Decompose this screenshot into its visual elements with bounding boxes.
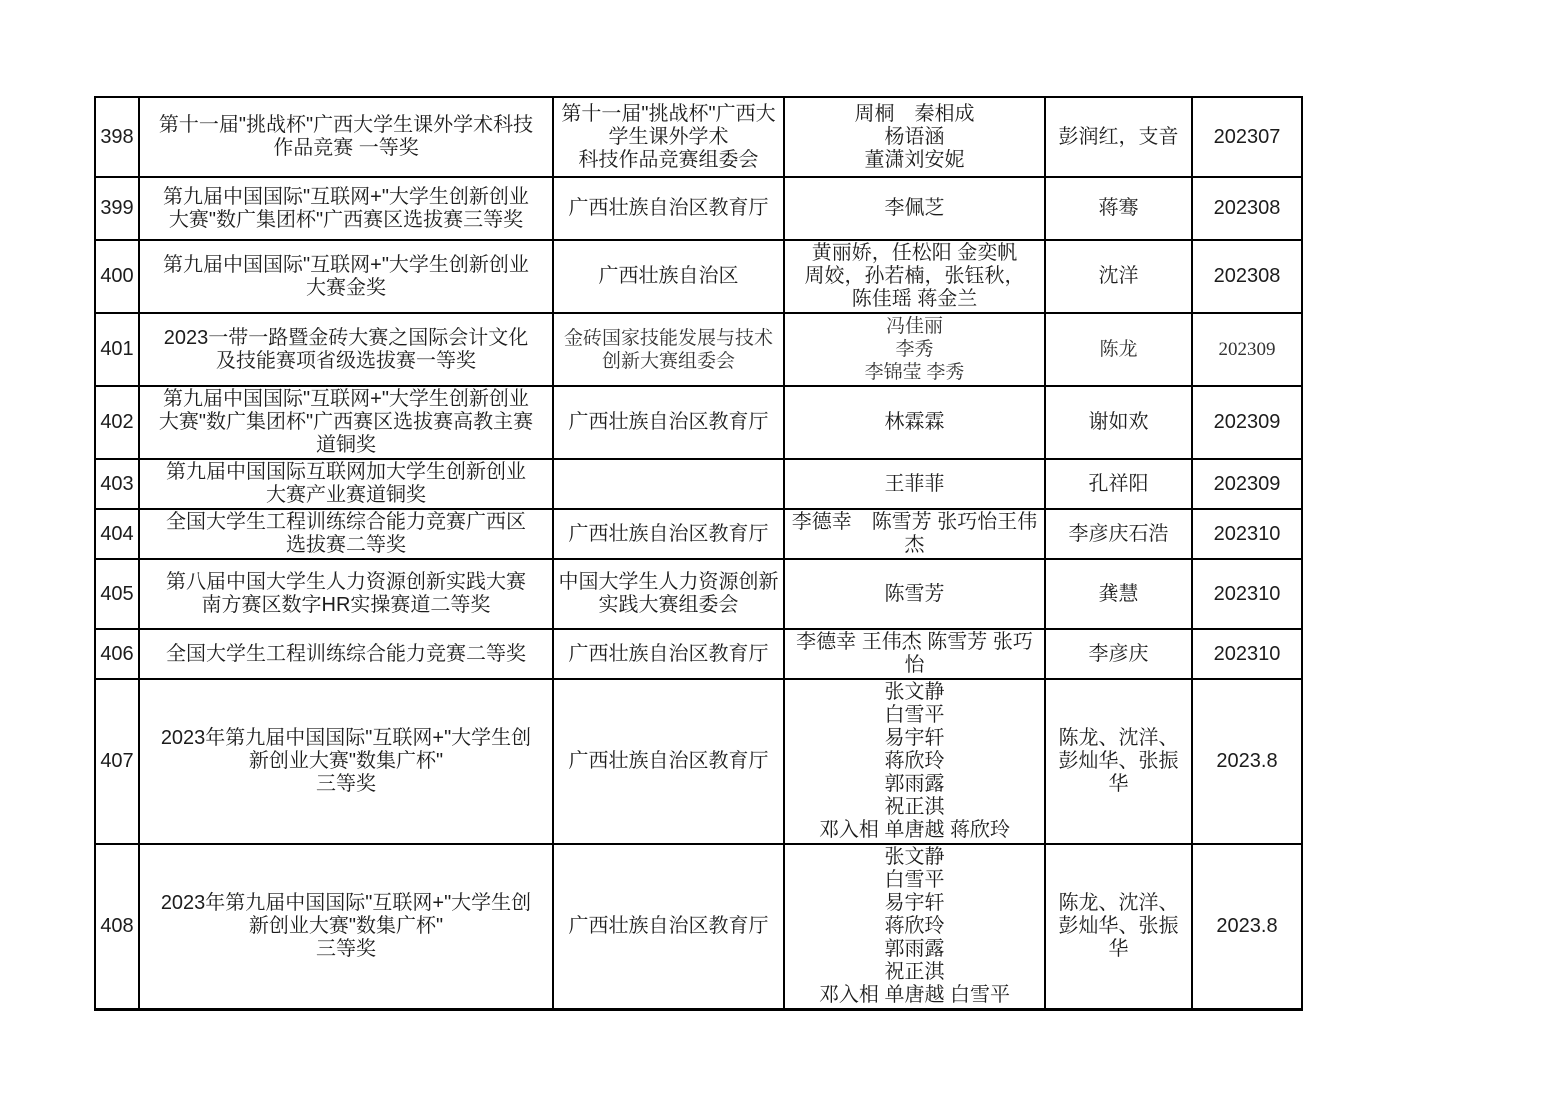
cell-row-number: 401 <box>95 313 139 386</box>
cell-student-names: 李德幸 陈雪芳 张巧怡王伟杰 <box>784 509 1045 559</box>
cell-teacher-names: 孔祥阳 <box>1045 459 1192 509</box>
cell-teacher-names: 沈洋 <box>1045 240 1192 313</box>
table-row: 403第九届中国国际互联网加大学生创新创业 大赛产业赛道铜奖王菲菲孔祥阳2023… <box>95 459 1302 509</box>
cell-award-name: 第八届中国大学生人力资源创新实践大赛 南方赛区数字HR实操赛道二等奖 <box>139 559 553 629</box>
cell-row-number: 408 <box>95 844 139 1010</box>
cell-award-date: 202308 <box>1192 177 1302 240</box>
cell-awarding-org: 广西壮族自治区 <box>553 240 784 313</box>
table-row: 4012023一带一路暨金砖大赛之国际会计文化 及技能赛项省级选拔赛一等奖金砖国… <box>95 313 1302 386</box>
cell-row-number: 402 <box>95 386 139 459</box>
table-row: 405第八届中国大学生人力资源创新实践大赛 南方赛区数字HR实操赛道二等奖中国大… <box>95 559 1302 629</box>
cell-student-names: 王菲菲 <box>784 459 1045 509</box>
cell-award-name: 第十一届"挑战杯"广西大学生课外学术科技 作品竞赛 一等奖 <box>139 97 553 177</box>
cell-award-date: 202308 <box>1192 240 1302 313</box>
cell-awarding-org: 广西壮族自治区教育厅 <box>553 679 784 844</box>
cell-award-name: 第九届中国国际"互联网+"大学生创新创业 大赛金奖 <box>139 240 553 313</box>
cell-row-number: 404 <box>95 509 139 559</box>
cell-award-name: 2023一带一路暨金砖大赛之国际会计文化 及技能赛项省级选拔赛一等奖 <box>139 313 553 386</box>
cell-student-names: 张文静 白雪平 易宇轩 蒋欣玲 郭雨露 祝正淇 邓入相 单唐越 白雪平 <box>784 844 1045 1010</box>
cell-student-names: 周桐 秦相成 杨语涵 董潇刘安妮 <box>784 97 1045 177</box>
cell-award-date: 2023.8 <box>1192 679 1302 844</box>
cell-teacher-names: 陈龙、沈洋、 彭灿华、张振 华 <box>1045 679 1192 844</box>
cell-award-date: 202310 <box>1192 559 1302 629</box>
cell-award-name: 2023年第九届中国国际"互联网+"大学生创 新创业大赛"数集广杯" 三等奖 <box>139 679 553 844</box>
cell-student-names: 冯佳丽 李秀 李锦莹 李秀 <box>784 313 1045 386</box>
cell-award-name: 第九届中国国际互联网加大学生创新创业 大赛产业赛道铜奖 <box>139 459 553 509</box>
cell-award-name: 第九届中国国际"互联网+"大学生创新创业 大赛"数广集团杯"广西赛区选拔赛高教主… <box>139 386 553 459</box>
table-row: 402第九届中国国际"互联网+"大学生创新创业 大赛"数广集团杯"广西赛区选拔赛… <box>95 386 1302 459</box>
cell-award-date: 202310 <box>1192 509 1302 559</box>
cell-teacher-names: 蒋骞 <box>1045 177 1192 240</box>
table-row: 4072023年第九届中国国际"互联网+"大学生创 新创业大赛"数集广杯" 三等… <box>95 679 1302 844</box>
cell-award-date: 202307 <box>1192 97 1302 177</box>
cell-row-number: 407 <box>95 679 139 844</box>
cell-teacher-names: 彭润红，支音 <box>1045 97 1192 177</box>
cell-award-name: 第九届中国国际"互联网+"大学生创新创业 大赛"数广集团杯"广西赛区选拔赛三等奖 <box>139 177 553 240</box>
cell-row-number: 403 <box>95 459 139 509</box>
cell-award-date: 202309 <box>1192 386 1302 459</box>
cell-award-name: 全国大学生工程训练综合能力竞赛广西区 选拔赛二等奖 <box>139 509 553 559</box>
cell-award-date: 202309 <box>1192 313 1302 386</box>
cell-row-number: 405 <box>95 559 139 629</box>
table-row: 404全国大学生工程训练综合能力竞赛广西区 选拔赛二等奖广西壮族自治区教育厅李德… <box>95 509 1302 559</box>
cell-student-names: 林霖霖 <box>784 386 1045 459</box>
cell-teacher-names: 李彦庆石浩 <box>1045 509 1192 559</box>
awards-table-container: 398第十一届"挑战杯"广西大学生课外学术科技 作品竞赛 一等奖第十一届"挑战杯… <box>94 96 1303 1011</box>
cell-awarding-org: 第十一届"挑战杯"广西大 学生课外学术 科技作品竞赛组委会 <box>553 97 784 177</box>
cell-row-number: 406 <box>95 629 139 679</box>
cell-awarding-org <box>553 459 784 509</box>
cell-student-names: 李德幸 王伟杰 陈雪芳 张巧怡 <box>784 629 1045 679</box>
cell-row-number: 399 <box>95 177 139 240</box>
cell-student-names: 张文静 白雪平 易宇轩 蒋欣玲 郭雨露 祝正淇 邓入相 单唐越 蒋欣玲 <box>784 679 1045 844</box>
table-row: 406全国大学生工程训练综合能力竞赛二等奖广西壮族自治区教育厅李德幸 王伟杰 陈… <box>95 629 1302 679</box>
cell-teacher-names: 陈龙 <box>1045 313 1192 386</box>
cell-awarding-org: 广西壮族自治区教育厅 <box>553 177 784 240</box>
cell-awarding-org: 广西壮族自治区教育厅 <box>553 844 784 1010</box>
cell-awarding-org: 广西壮族自治区教育厅 <box>553 386 784 459</box>
awards-table-body: 398第十一届"挑战杯"广西大学生课外学术科技 作品竞赛 一等奖第十一届"挑战杯… <box>95 97 1302 1010</box>
cell-student-names: 陈雪芳 <box>784 559 1045 629</box>
cell-award-date: 202309 <box>1192 459 1302 509</box>
cell-teacher-names: 谢如欢 <box>1045 386 1192 459</box>
cell-award-name: 全国大学生工程训练综合能力竞赛二等奖 <box>139 629 553 679</box>
cell-row-number: 400 <box>95 240 139 313</box>
table-row: 398第十一届"挑战杯"广西大学生课外学术科技 作品竞赛 一等奖第十一届"挑战杯… <box>95 97 1302 177</box>
cell-awarding-org: 中国大学生人力资源创新 实践大赛组委会 <box>553 559 784 629</box>
table-row: 400第九届中国国际"互联网+"大学生创新创业 大赛金奖广西壮族自治区黄丽娇，任… <box>95 240 1302 313</box>
cell-award-date: 202310 <box>1192 629 1302 679</box>
cell-awarding-org: 广西壮族自治区教育厅 <box>553 629 784 679</box>
table-row: 4082023年第九届中国国际"互联网+"大学生创 新创业大赛"数集广杯" 三等… <box>95 844 1302 1010</box>
awards-table: 398第十一届"挑战杯"广西大学生课外学术科技 作品竞赛 一等奖第十一届"挑战杯… <box>94 96 1303 1011</box>
cell-award-date: 2023.8 <box>1192 844 1302 1010</box>
cell-awarding-org: 金砖国家技能发展与技术 创新大赛组委会 <box>553 313 784 386</box>
cell-teacher-names: 陈龙、沈洋、 彭灿华、张振 华 <box>1045 844 1192 1010</box>
cell-teacher-names: 李彦庆 <box>1045 629 1192 679</box>
table-row: 399第九届中国国际"互联网+"大学生创新创业 大赛"数广集团杯"广西赛区选拔赛… <box>95 177 1302 240</box>
cell-row-number: 398 <box>95 97 139 177</box>
cell-student-names: 李佩芝 <box>784 177 1045 240</box>
cell-award-name: 2023年第九届中国国际"互联网+"大学生创 新创业大赛"数集广杯" 三等奖 <box>139 844 553 1010</box>
cell-awarding-org: 广西壮族自治区教育厅 <box>553 509 784 559</box>
cell-student-names: 黄丽娇，任松阳 金奕帆 周姣，孙若楠，张钰秋， 陈佳瑶 蒋金兰 <box>784 240 1045 313</box>
cell-teacher-names: 龚慧 <box>1045 559 1192 629</box>
